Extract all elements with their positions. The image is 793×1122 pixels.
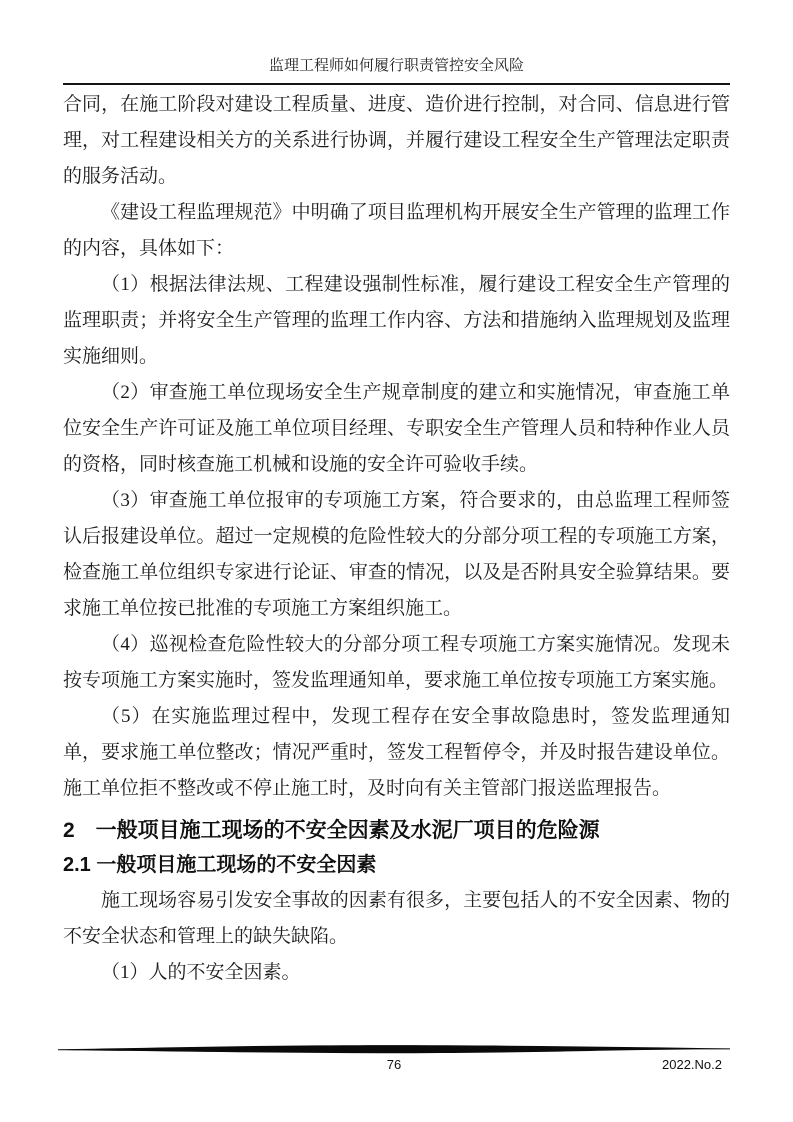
section-heading: 2 一般项目施工现场的不安全因素及水泥厂项目的危险源 bbox=[63, 816, 730, 846]
document-page: 监理工程师如何履行职责管控安全风险 合同，在施工阶段对建设工程质量、进度、造价进… bbox=[0, 0, 793, 1122]
body-paragraph: （4）巡视检查危险性较大的分部分项工程专项施工方案实施情况。发现未按专项施工方案… bbox=[63, 627, 730, 699]
header-rule bbox=[63, 83, 730, 85]
page-number: 76 bbox=[58, 1056, 730, 1074]
page-footer: 76 2022.No.2 bbox=[58, 1043, 730, 1074]
issue-label: 2022.No.2 bbox=[662, 1056, 722, 1074]
body-paragraph: 合同，在施工阶段对建设工程质量、进度、造价进行控制，对合同、信息进行管理，对工程… bbox=[63, 87, 730, 195]
body-paragraph: （1）根据法律法规、工程建设强制性标准，履行建设工程安全生产管理的监理职责；并将… bbox=[63, 267, 730, 375]
running-header-title: 监理工程师如何履行职责管控安全风险 bbox=[63, 55, 730, 77]
body-paragraph: 施工现场容易引发安全事故的因素有很多，主要包括人的不安全因素、物的不安全状态和管… bbox=[63, 883, 730, 955]
article-body: 合同，在施工阶段对建设工程质量、进度、造价进行控制，对合同、信息进行管理，对工程… bbox=[63, 87, 730, 991]
body-paragraph: （2）审查施工单位现场安全生产规章制度的建立和实施情况，审查施工单位安全生产许可… bbox=[63, 375, 730, 483]
footer-divider-brush-stroke bbox=[58, 1043, 730, 1055]
page-header: 监理工程师如何履行职责管控安全风险 bbox=[63, 55, 730, 85]
body-paragraph: （5）在实施监理过程中，发现工程存在安全事故隐患时，签发监理通知单，要求施工单位… bbox=[63, 699, 730, 807]
body-paragraph: （1）人的不安全因素。 bbox=[63, 955, 730, 991]
body-paragraph: 《建设工程监理规范》中明确了项目监理机构开展安全生产管理的监理工作的内容，具体如… bbox=[63, 195, 730, 267]
footer-row: 76 2022.No.2 bbox=[58, 1056, 730, 1074]
body-paragraph: （3）审查施工单位报审的专项施工方案，符合要求的，由总监理工程师签认后报建设单位… bbox=[63, 483, 730, 627]
subsection-heading: 2.1 一般项目施工现场的不安全因素 bbox=[63, 851, 730, 879]
